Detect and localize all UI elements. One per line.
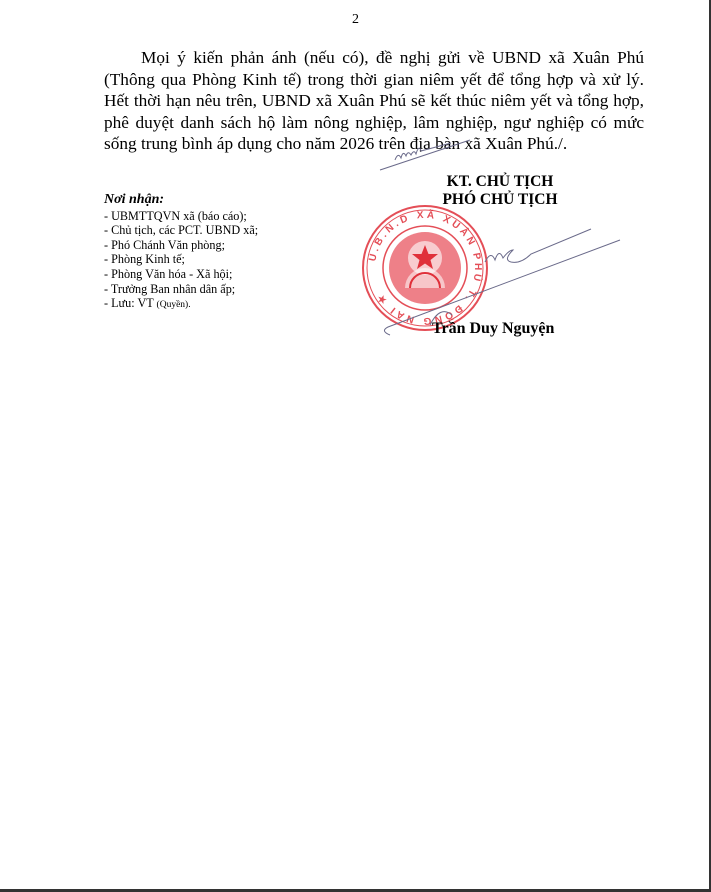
- signer-name: Trần Duy Nguyện: [432, 320, 554, 338]
- official-stamp-icon: U.B.N.D XÃ XUÂN PHÚ T. ĐỒNG NAI ★: [360, 203, 490, 333]
- recipient-item: - UBMTTQVN xã (báo cáo);: [104, 209, 258, 224]
- signature-line-1: KT. CHỦ TỊCH: [420, 173, 580, 191]
- recipients-block: Nơi nhận: - UBMTTQVN xã (báo cáo); - Chủ…: [104, 193, 258, 313]
- paragraph-text: Mọi ý kiến phản ánh (nếu có), đề nghị gử…: [104, 48, 644, 153]
- recipient-item: - Phòng Văn hóa - Xã hội;: [104, 267, 258, 282]
- body-paragraph: Mọi ý kiến phản ánh (nếu có), đề nghị gử…: [104, 47, 644, 155]
- recipient-item: - Trưởng Ban nhân dân ấp;: [104, 282, 258, 297]
- recipient-item: - Phó Chánh Văn phòng;: [104, 238, 258, 253]
- recipients-title: Nơi nhận:: [104, 193, 258, 208]
- page-number: 2: [0, 12, 711, 28]
- recipient-item: - Phòng Kinh tế;: [104, 252, 258, 267]
- document-page: 2 Mọi ý kiến phản ánh (nếu có), đề nghị …: [0, 0, 711, 892]
- recipient-item: - Chủ tịch, các PCT. UBND xã;: [104, 223, 258, 238]
- recipient-item-archive: - Lưu: VT (Quyền).: [104, 296, 258, 313]
